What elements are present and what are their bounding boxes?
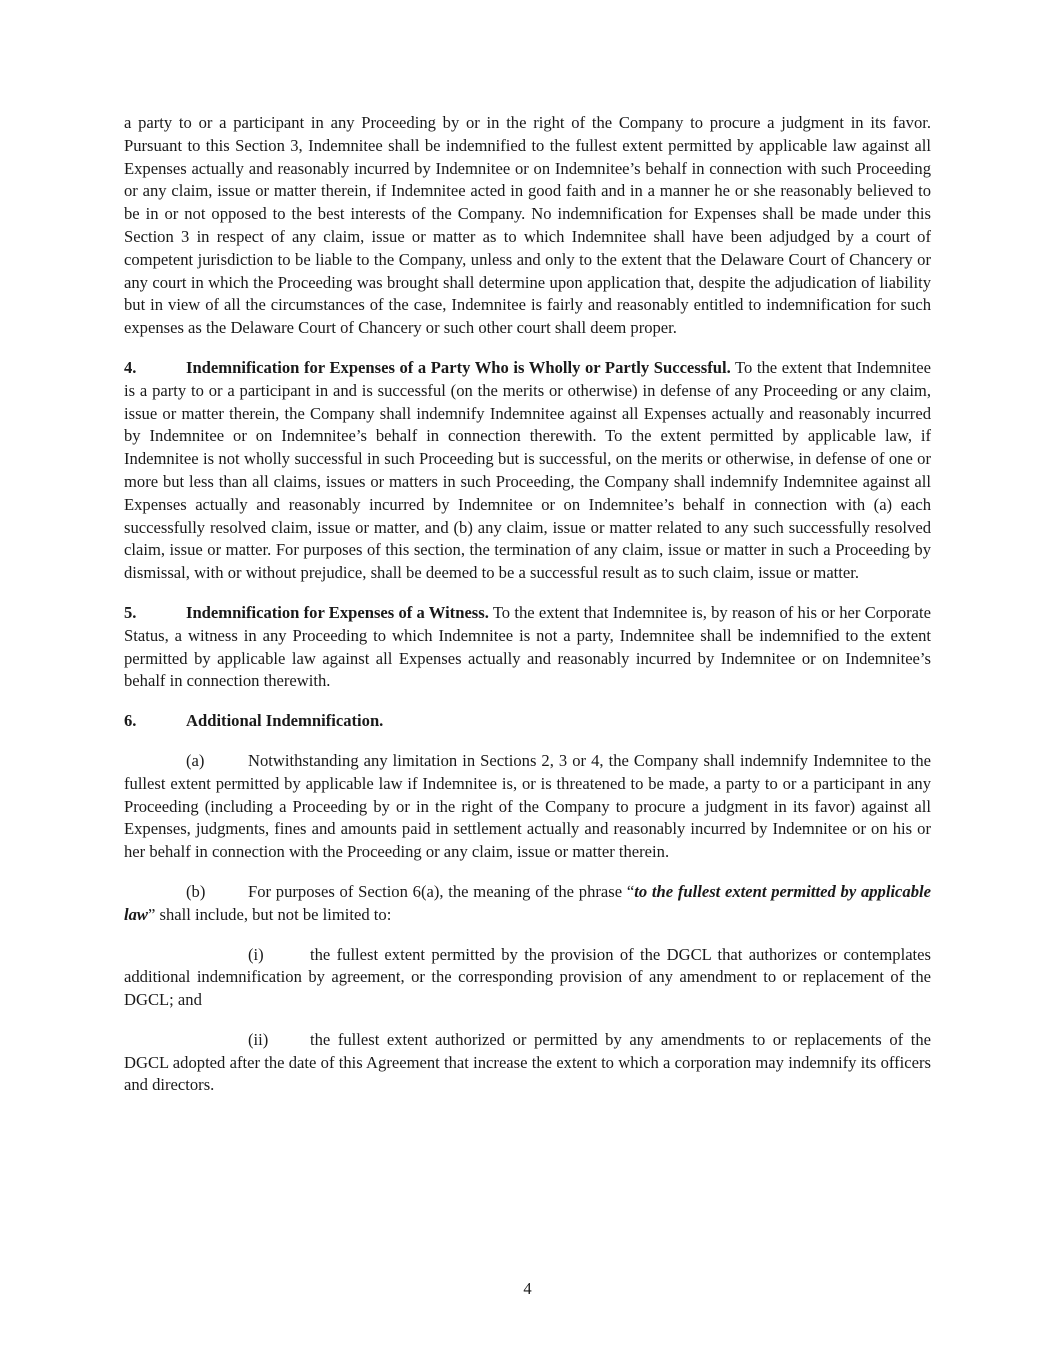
tab-spacer: (ii) [248, 1029, 310, 1052]
section-number: 5. [124, 603, 136, 622]
page-number: 4 [523, 1279, 531, 1298]
continuation-paragraph: a party to or a participant in any Proce… [124, 112, 931, 340]
section-heading: Additional Indemnification. [186, 711, 383, 730]
section-number: 6. [124, 711, 136, 730]
subsection-lead-text: For purposes of Section 6(a), the meanin… [248, 882, 634, 901]
tab-spacer: 5. [124, 602, 186, 625]
paragraph-text: a party to or a participant in any Proce… [124, 113, 931, 337]
section-6-heading-paragraph: 6.Additional Indemnification. [124, 710, 931, 733]
tab-spacer: 6. [124, 710, 186, 733]
clause-ii-paragraph: (ii)the fullest extent authorized or per… [124, 1029, 931, 1097]
clause-i-paragraph: (i)the fullest extent permitted by the p… [124, 944, 931, 1012]
subsection-tail-text: ” shall include, but not be limited to: [148, 905, 391, 924]
section-number: 4. [124, 358, 136, 377]
clause-label: (i) [248, 945, 264, 964]
subsection-a-paragraph: (a)Notwithstanding any limitation in Sec… [124, 750, 931, 864]
tab-spacer: (a) [186, 750, 248, 773]
section-5-paragraph: 5.Indemnification for Expenses of a Witn… [124, 602, 931, 693]
tab-spacer: (i) [248, 944, 310, 967]
subsection-b-paragraph: (b)For purposes of Section 6(a), the mea… [124, 881, 931, 927]
subsection-label: (b) [186, 882, 205, 901]
section-4-paragraph: 4.Indemnification for Expenses of a Part… [124, 357, 931, 585]
section-heading: Indemnification for Expenses of a Party … [186, 358, 731, 377]
document-page: a party to or a participant in any Proce… [0, 0, 1055, 1365]
subsection-label: (a) [186, 751, 204, 770]
page-content: a party to or a participant in any Proce… [124, 112, 931, 1097]
clause-body: the fullest extent authorized or permitt… [124, 1030, 931, 1095]
section-body: To the extent that Indemnitee is a party… [124, 358, 931, 582]
clause-label: (ii) [248, 1030, 268, 1049]
page-footer: 4 [0, 1278, 1055, 1301]
tab-spacer: (b) [186, 881, 248, 904]
section-heading: Indemnification for Expenses of a Witnes… [186, 603, 489, 622]
clause-body: the fullest extent permitted by the prov… [124, 945, 931, 1010]
tab-spacer: 4. [124, 357, 186, 380]
